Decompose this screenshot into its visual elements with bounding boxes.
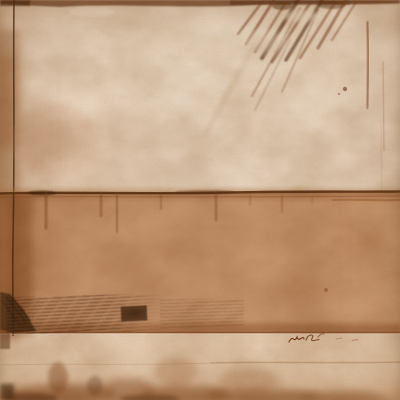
vintage-paper-texture [0,0,400,400]
edge-vignette [0,0,400,400]
